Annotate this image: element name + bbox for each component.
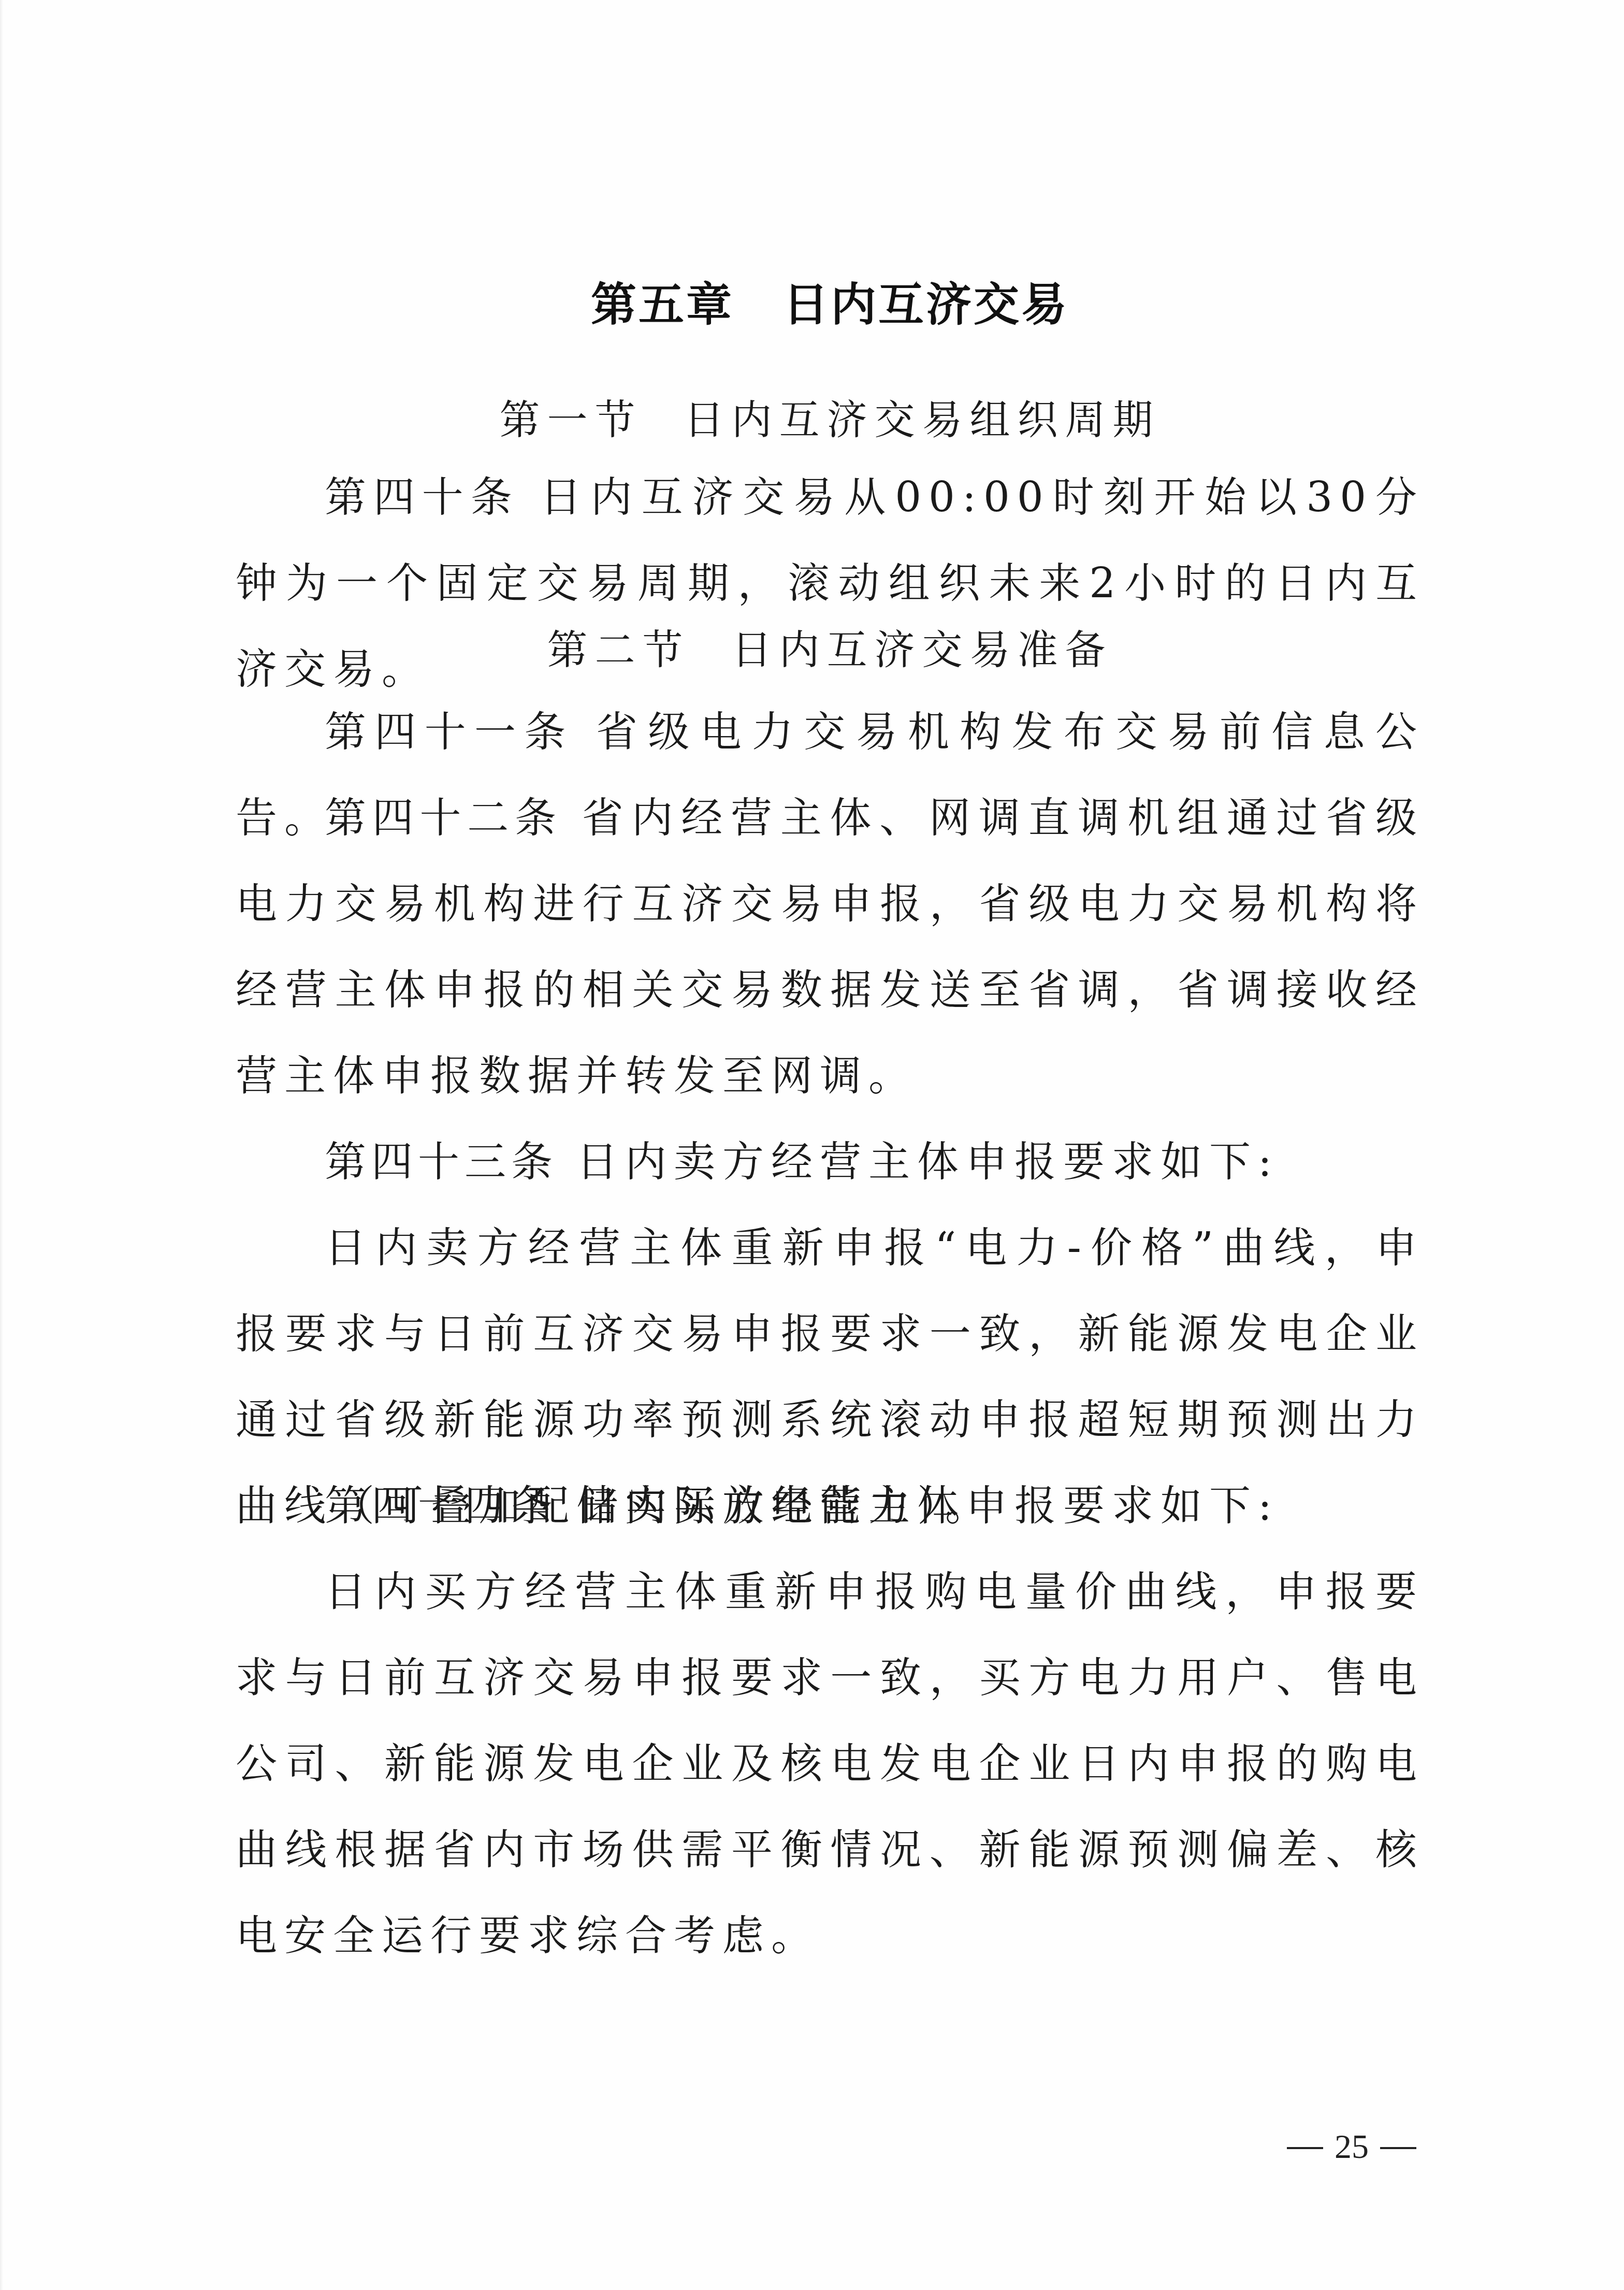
article-number: 第四十四条 [325,1481,558,1530]
article-text: 日内买方经营主体申报要求如下: [576,1481,1279,1530]
dash-left [1287,2147,1323,2149]
article-number: 第四十一条 [325,708,574,756]
chapter-number: 第五章 [591,278,734,331]
article-number: 第四十三条 [325,1137,558,1186]
article-44-detail: 日内买方经营主体重新申报购电量价曲线，申报要求与日前互济交易申报要求一致，买方电… [236,1549,1424,1979]
page-number-value: 25 [1335,2128,1369,2166]
chapter-name: 日内互济交易 [783,278,1069,331]
dash-right [1380,2147,1416,2149]
section-number: 第二节 [547,627,690,674]
article-text: 日内卖方经营主体申报要求如下: [576,1137,1279,1186]
page-number: 25 [1264,2124,1440,2170]
article-number: 第四十二条 [325,794,562,842]
scan-edge [0,0,3,2290]
section-title-1: 第一节日内互济交易组织周期 [236,390,1424,452]
section-name: 日内互济交易准备 [732,627,1113,674]
document-page: 第五章日内互济交易 第一节日内互济交易组织周期 第四十条日内互济交易从00:00… [0,0,1624,2290]
section-number: 第一节 [499,397,642,444]
section-name: 日内互济交易组织周期 [684,397,1161,444]
chapter-title: 第五章日内互济交易 [236,273,1424,336]
article-43: 第四十三条日内卖方经营主体申报要求如下: [236,1119,1424,1205]
section-title-2: 第二节日内互济交易准备 [236,620,1424,682]
article-42: 第四十二条省内经营主体、网调直调机组通过省级电力交易机构进行互济交易申报，省级电… [236,775,1424,1119]
article-number: 第四十条 [325,473,519,521]
article-44: 第四十四条日内买方经营主体申报要求如下: [236,1463,1424,1549]
